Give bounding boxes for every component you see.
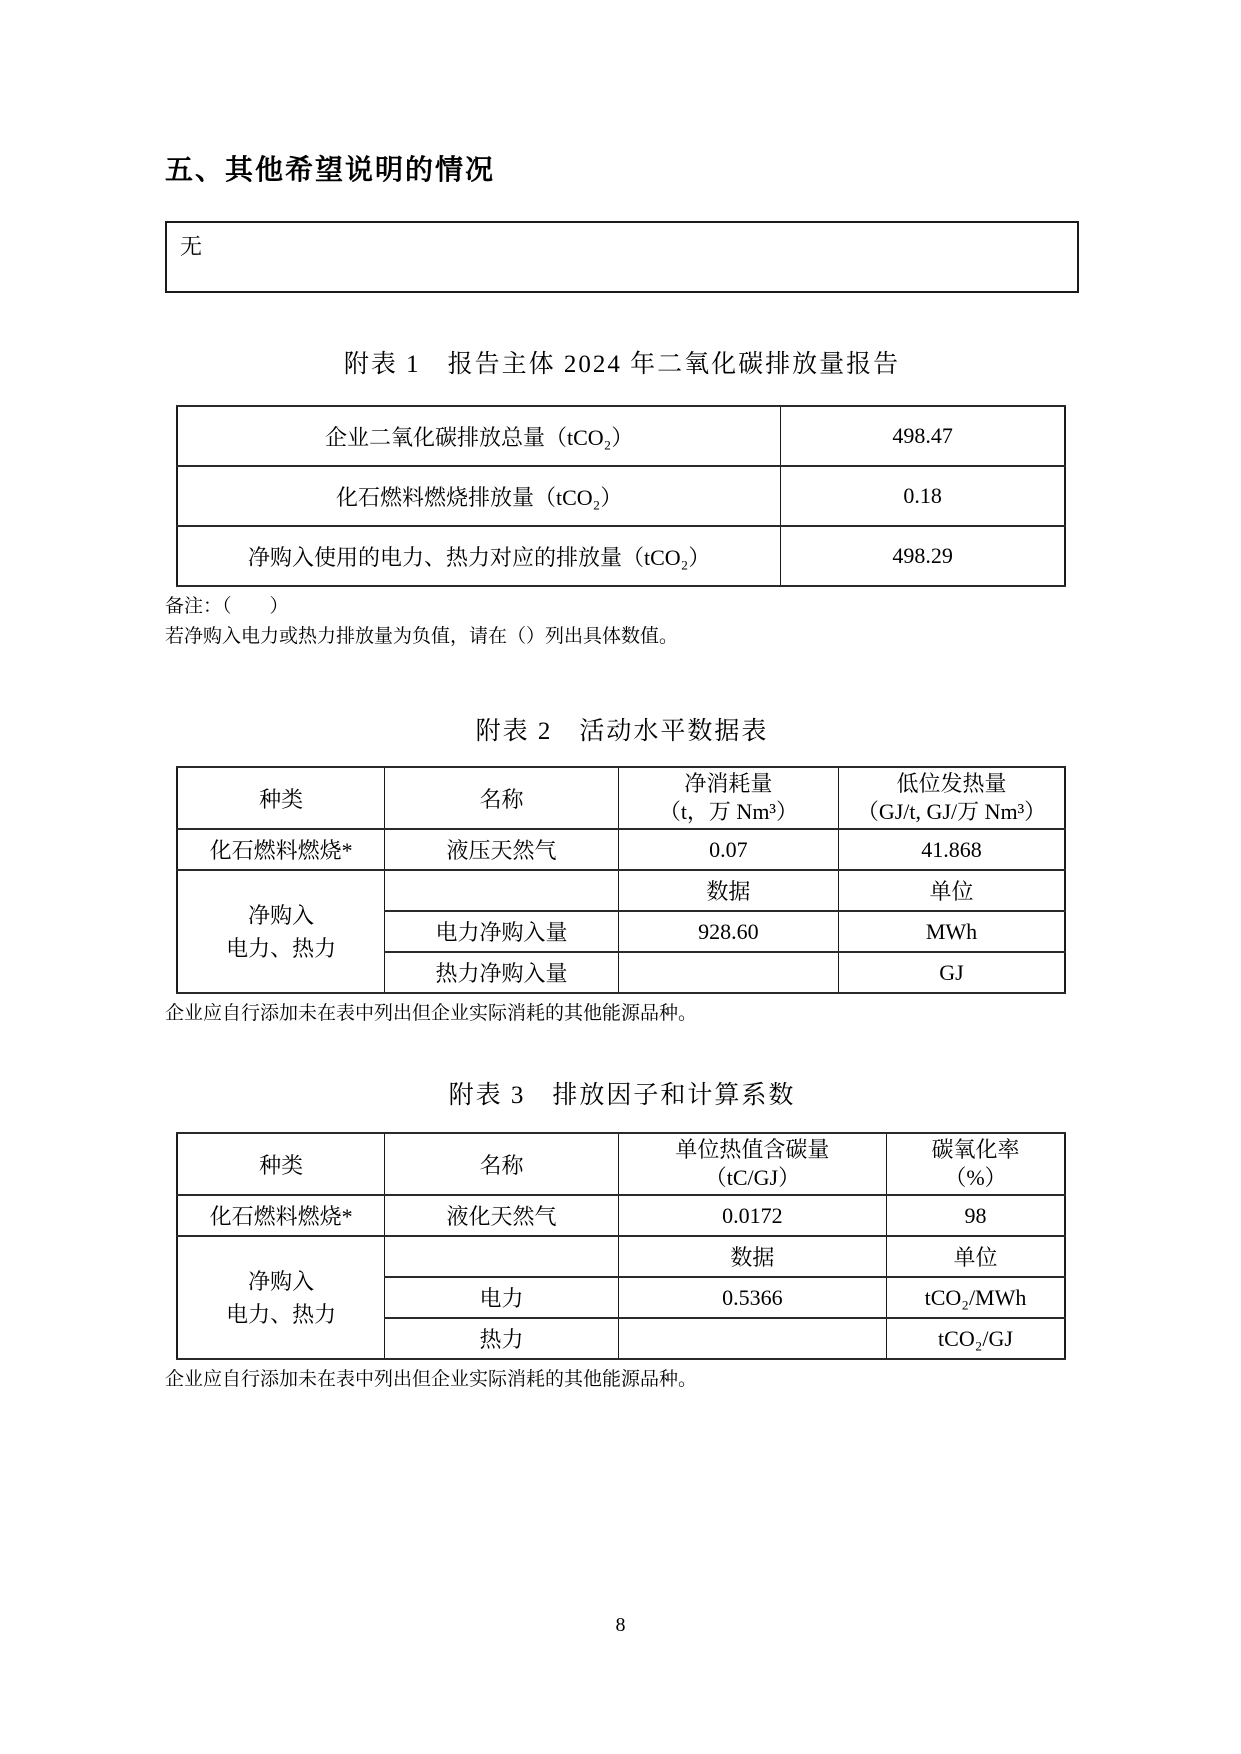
table1-title: 附表 1 报告主体 2024 年二氧化碳排放量报告 bbox=[165, 349, 1079, 381]
table-row: 净购入使用的电力、热力对应的排放量（tCO₂） 498.29 bbox=[177, 526, 1065, 586]
page-number: 8 bbox=[0, 1614, 1241, 1637]
fossil-carbon-content-cell: 0.0172 bbox=[618, 1195, 886, 1236]
header-name: 名称 bbox=[385, 1133, 619, 1195]
fossil-kind-cell: 化石燃料燃烧* bbox=[177, 1195, 385, 1236]
purchase-group-line1: 净购入 bbox=[184, 899, 378, 932]
fossil-emission-label: 化石燃料燃烧排放量（tCO₂） bbox=[177, 466, 781, 526]
purchase-group-line2: 电力、热力 bbox=[184, 1298, 378, 1331]
document-page: 五、其他希望说明的情况 无 附表 1 报告主体 2024 年二氧化碳排放量报告 … bbox=[0, 0, 1241, 1754]
header-oxidation-rate-line1: 碳氧化率 bbox=[893, 1136, 1058, 1164]
purchase-subheader-row: 净购入 电力、热力 数据 单位 bbox=[177, 870, 1065, 911]
header-kind: 种类 bbox=[177, 1133, 385, 1195]
fossil-consumption-cell: 0.07 bbox=[618, 829, 838, 870]
fossil-oxidation-rate-cell: 98 bbox=[886, 1195, 1065, 1236]
other-remarks-box: 无 bbox=[165, 221, 1079, 293]
header-row: 种类 名称 单位热值含碳量 （tC/GJ） 碳氧化率 （%） bbox=[177, 1133, 1065, 1195]
heat-name-cell: 热力净购入量 bbox=[385, 952, 619, 993]
electricity-unit-cell: MWh bbox=[839, 911, 1065, 952]
activity-level-table: 种类 名称 净消耗量 （t，万 Nm³） 低位发热量 （GJ/t, GJ/万 N… bbox=[176, 766, 1066, 994]
table2-title: 附表 2 活动水平数据表 bbox=[165, 716, 1079, 748]
header-net-consumption-line1: 净消耗量 bbox=[625, 770, 832, 798]
table-row: 化石燃料燃烧排放量（tCO₂） 0.18 bbox=[177, 466, 1065, 526]
purchase-empty-name-cell bbox=[385, 870, 619, 911]
purchase-subheader-row: 净购入 电力、热力 数据 单位 bbox=[177, 1236, 1065, 1277]
fossil-heat-value-cell: 41.868 bbox=[839, 829, 1065, 870]
purchase-data-label-cell: 数据 bbox=[618, 1236, 886, 1277]
note-remark: 备注：（ ） bbox=[165, 592, 1079, 622]
purchase-unit-label-cell: 单位 bbox=[839, 870, 1065, 911]
header-carbon-content-line2: （tC/GJ） bbox=[625, 1164, 880, 1192]
electricity-value-cell: 0.5366 bbox=[618, 1277, 886, 1318]
fossil-name-cell: 液压天然气 bbox=[385, 829, 619, 870]
purchase-empty-name-cell bbox=[385, 1236, 619, 1277]
heat-unit-cell: tCO₂/GJ bbox=[886, 1318, 1065, 1359]
header-name: 名称 bbox=[385, 767, 619, 829]
header-row: 种类 名称 净消耗量 （t，万 Nm³） 低位发热量 （GJ/t, GJ/万 N… bbox=[177, 767, 1065, 829]
heat-value-cell bbox=[618, 1318, 886, 1359]
heat-name-cell: 热力 bbox=[385, 1318, 619, 1359]
heat-unit-cell: GJ bbox=[839, 952, 1065, 993]
fossil-emission-value: 0.18 bbox=[781, 466, 1065, 526]
purchased-energy-emission-value: 498.29 bbox=[781, 526, 1065, 586]
electricity-name-cell: 电力 bbox=[385, 1277, 619, 1318]
header-net-consumption: 净消耗量 （t，万 Nm³） bbox=[618, 767, 838, 829]
fossil-fuel-row: 化石燃料燃烧* 液压天然气 0.07 41.868 bbox=[177, 829, 1065, 870]
purchase-group-line2: 电力、热力 bbox=[184, 932, 378, 965]
heat-value-cell bbox=[618, 952, 838, 993]
electricity-value-cell: 928.60 bbox=[618, 911, 838, 952]
section-heading: 五、其他希望说明的情况 bbox=[165, 148, 1079, 188]
table1-notes: 备注：（ ） 若净购入电力或热力排放量为负值，请在（）列出具体数值。 bbox=[165, 592, 1079, 652]
purchase-group-line1: 净购入 bbox=[184, 1265, 378, 1298]
header-oxidation-rate: 碳氧化率 （%） bbox=[886, 1133, 1065, 1195]
co2-emissions-table: 企业二氧化碳排放总量（tCO₂） 498.47 化石燃料燃烧排放量（tCO₂） … bbox=[176, 405, 1066, 587]
table2-footnote: 企业应自行添加未在表中列出但企业实际消耗的其他能源品种。 bbox=[165, 1000, 1079, 1028]
emission-factors-table: 种类 名称 单位热值含碳量 （tC/GJ） 碳氧化率 （%） 化石燃料燃烧* 液… bbox=[176, 1132, 1066, 1360]
table3-footnote: 企业应自行添加未在表中列出但企业实际消耗的其他能源品种。 bbox=[165, 1366, 1079, 1394]
purchased-energy-emission-label: 净购入使用的电力、热力对应的排放量（tCO₂） bbox=[177, 526, 781, 586]
emission-total-value: 498.47 bbox=[781, 406, 1065, 466]
note-negative-values: 若净购入电力或热力排放量为负值，请在（）列出具体数值。 bbox=[165, 622, 1079, 652]
fossil-name-cell: 液化天然气 bbox=[385, 1195, 619, 1236]
purchase-unit-label-cell: 单位 bbox=[886, 1236, 1065, 1277]
header-oxidation-rate-line2: （%） bbox=[893, 1164, 1058, 1192]
header-heat-value: 低位发热量 （GJ/t, GJ/万 Nm³） bbox=[839, 767, 1065, 829]
fossil-fuel-row: 化石燃料燃烧* 液化天然气 0.0172 98 bbox=[177, 1195, 1065, 1236]
header-kind: 种类 bbox=[177, 767, 385, 829]
table-row: 企业二氧化碳排放总量（tCO₂） 498.47 bbox=[177, 406, 1065, 466]
header-heat-value-line1: 低位发热量 bbox=[845, 770, 1058, 798]
header-heat-value-line2: （GJ/t, GJ/万 Nm³） bbox=[845, 798, 1058, 826]
table3-title: 附表 3 排放因子和计算系数 bbox=[165, 1080, 1079, 1112]
header-net-consumption-line2: （t，万 Nm³） bbox=[625, 798, 832, 826]
purchase-data-label-cell: 数据 bbox=[618, 870, 838, 911]
header-carbon-content: 单位热值含碳量 （tC/GJ） bbox=[618, 1133, 886, 1195]
fossil-kind-cell: 化石燃料燃烧* bbox=[177, 829, 385, 870]
purchase-group-cell: 净购入 电力、热力 bbox=[177, 1236, 385, 1359]
electricity-unit-cell: tCO₂/MWh bbox=[886, 1277, 1065, 1318]
header-carbon-content-line1: 单位热值含碳量 bbox=[625, 1136, 880, 1164]
emission-total-label: 企业二氧化碳排放总量（tCO₂） bbox=[177, 406, 781, 466]
purchase-group-cell: 净购入 电力、热力 bbox=[177, 870, 385, 993]
other-remarks-text: 无 bbox=[180, 234, 202, 259]
electricity-name-cell: 电力净购入量 bbox=[385, 911, 619, 952]
